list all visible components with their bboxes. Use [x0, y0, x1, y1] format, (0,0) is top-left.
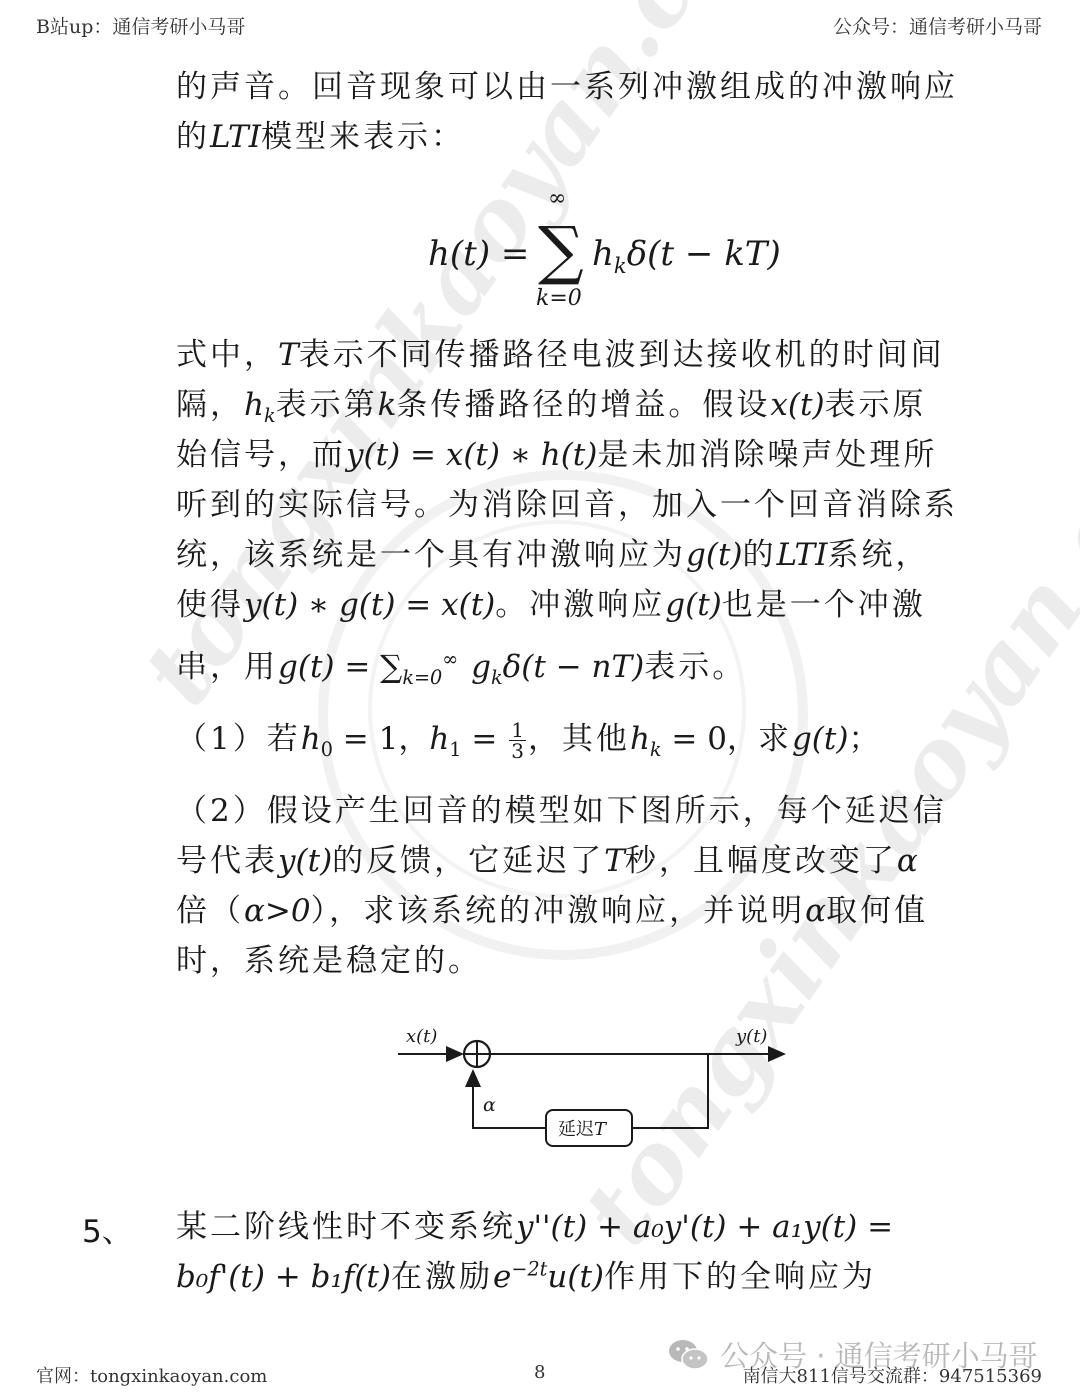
gain-label: α [483, 1094, 496, 1116]
sum-upper-limit: ∞ [548, 186, 566, 211]
input-signal-label: x(t) [406, 1026, 437, 1047]
intro-line-1: 的声音。回音现象可以由一系列冲激组成的冲激响应 [176, 62, 976, 112]
para-line-6: 使得y(t) ∗ g(t) = x(t)。冲激响应g(t)也是一个冲激 [176, 580, 976, 630]
intro-line-2: 的LTI模型来表示： [176, 112, 976, 162]
question-2: （2）假设产生回音的模型如下图所示，每个延迟信 号代表y(t)的反馈，它延迟了T… [176, 786, 976, 986]
sum-symbol: ∑ [538, 214, 584, 288]
para-line-3: 始信号，而y(t) = x(t) ∗ h(t)是未加消除噪声处理所 [176, 430, 976, 480]
formula-lhs: h(t) = [428, 234, 529, 274]
para-line-2: 隔，hk表示第k条传播路径的增益。假设x(t)表示原 [176, 380, 976, 430]
footer-website: 官网：tongxinkaoyan.com [36, 1362, 267, 1388]
intro-paragraph: 的声音。回音现象可以由一系列冲激组成的冲激响应 的LTI模型来表示： [176, 62, 976, 162]
sum-lower-limit: k=0 [536, 286, 582, 311]
page-number: 8 [534, 1362, 545, 1383]
output-signal-label: y(t) [736, 1026, 767, 1047]
header-wechat-account: 公众号：通信考研小马哥 [833, 12, 1042, 39]
question-5-number: 5、 [82, 1206, 133, 1251]
formula-rhs: hkδ(t − kT) [592, 234, 781, 274]
question-5: 某二阶线性时不变系统y''(t) + a₀y'(t) + a₁y(t) = b₀… [176, 1202, 976, 1302]
explanation-paragraph: 式中，T表示不同传播路径电波到达接收机的时间间 隔，hk表示第k条传播路径的增益… [176, 330, 976, 692]
echo-block-diagram: x(t) y(t) α 延迟T [392, 1020, 802, 1160]
wechat-icon [668, 1338, 710, 1372]
fraction-one-third: 13 [509, 720, 526, 761]
impulse-response-formula: h(t) = ∞ ∑ k=0 hkδ(t − kT) [428, 186, 788, 316]
para-line-5: 统，该系统是一个具有冲激响应为g(t)的LTI系统， [176, 530, 976, 580]
question-1: （1）若h0 = 1，h1 = 13，其他hk = 0，求g(t)； [176, 714, 976, 764]
delay-block-label: 延迟T [558, 1115, 606, 1141]
para-line-1: 式中，T表示不同传播路径电波到达接收机的时间间 [176, 330, 976, 380]
para-line-7: 串，用g(t) = ∑k=0∞ gkδ(t − nT)表示。 [176, 642, 976, 692]
footer-qq-group: 南信大811信号交流群：947515369 [743, 1362, 1042, 1388]
para-line-4: 听到的实际信号。为消除回音，加入一个回音消除系 [176, 480, 976, 530]
header-bilibili: B站up：通信考研小马哥 [36, 12, 245, 39]
